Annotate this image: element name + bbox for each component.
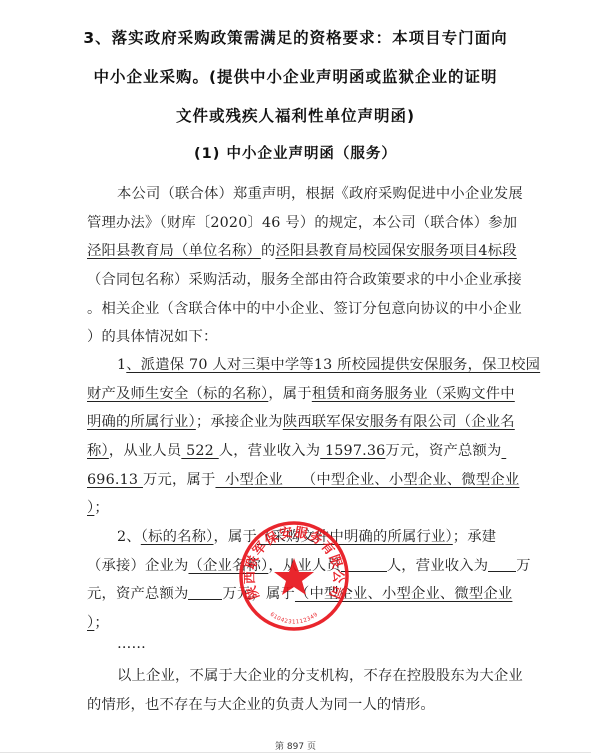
text: 的 [261, 243, 276, 259]
assets-blank [188, 585, 222, 600]
intro-line-1: 本公司（联合体）郑重声明，根据《政府采购促进中小企业发展 [117, 183, 523, 203]
company-seal-stamp: 陕西联军保安服务有限公司 6104231112349 [238, 520, 350, 632]
subject-name: 、派遣保 70 人对三渠中学等13 所校园提供安保服务，保卫校园 [126, 357, 540, 373]
text: 元，资产总额为 [87, 586, 188, 602]
text: ； [94, 500, 109, 516]
ellipsis: …… [117, 636, 146, 652]
assets-value: 696.13 [87, 472, 143, 488]
enterprise-name: 陕西联军保安服务有限公司（企业名 [283, 414, 515, 430]
item-number: 2、 [117, 529, 141, 545]
item2-line-4: ）； [87, 612, 109, 632]
item1-line-6: ）； [87, 497, 109, 517]
purchaser-name: 泾阳县教育局（单位名称） [87, 243, 261, 259]
intro-line-6: ）的具体情况如下： [87, 326, 217, 346]
enterprise-name-cont: 称） [87, 443, 109, 459]
item1-line-3: 明确的所属行业）；承接企业为陕西联军保安服务有限公司（企业名 [87, 411, 515, 431]
revenue-blank [488, 557, 516, 572]
page-bottom-divider [0, 752, 591, 753]
text: ，属于 [268, 386, 312, 402]
contract-package-name: 泾阳县教育局校园保安服务项目4标段 [275, 243, 516, 259]
intro-line-4: （合同包名称）采购活动，服务全部由符合政策要求的中小企业承接 [87, 269, 522, 289]
item-number: 1 [117, 357, 126, 373]
text: 人，营业收入为 [387, 558, 488, 574]
item1-line-1: 1、派遣保 70 人对三渠中学等13 所校园提供安保服务，保卫校园 [117, 354, 540, 374]
item1-line-4: 称），从业人员 522 人，营业收入为 1597.36万元，资产总额为 [87, 440, 506, 460]
intro-line-2: 管理办法》（财库〔2020〕46 号）的规定，本公司（联合体）参加 [87, 212, 517, 232]
section-heading-line-2: 中小企业采购。(提供中小企业声明函或监狱企业的证明 [0, 65, 591, 87]
text: ，从业人员 [109, 443, 181, 459]
text: ； [94, 615, 109, 631]
closing-line-1: 以上企业，不属于大企业的分支机构，不存在控股股东为大企业 [117, 665, 523, 685]
section-heading-line-3: 文件或残疾人福利性单位声明函) [0, 104, 591, 126]
revenue-value: 1597.36 [320, 443, 385, 459]
subject-name-cont: 财产及师生安全（标的名称） [87, 386, 268, 402]
subject-name-blank: （标的名称） [141, 529, 214, 545]
text: 万元，资产总额为 [385, 443, 501, 459]
svg-text:6104231112349: 6104231112349 [269, 612, 320, 626]
item1-line-2: 财产及师生安全（标的名称），属于租赁和商务服务业（采购文件中 [87, 383, 515, 403]
closing-line-2: 的情形，也不存在与大企业的负责人为同一人的情形。 [87, 694, 435, 714]
star-icon [274, 558, 314, 595]
text: 万元，属于 [143, 472, 215, 488]
page-number: 第 897 页 [0, 739, 591, 752]
text: ；承建 [453, 529, 497, 545]
industry-cont: 明确的所属行业） [87, 414, 196, 430]
employee-count: 522 [181, 443, 218, 459]
text: 万 [516, 558, 531, 574]
assets-blank-start [501, 443, 506, 459]
item1-line-5: 696.13 万元，属于 小型企业 （中型企业、小型企业、微型企业 [87, 469, 519, 489]
text: ；承接企业为 [196, 414, 283, 430]
declaration-subtitle: (1) 中小企业声明函（服务） [0, 142, 591, 163]
document-page: 3、落实政府采购政策需满足的资格要求：本项目专门面向 中小企业采购。(提供中小企… [0, 0, 591, 755]
industry: 租赁和商务服务业（采购文件中 [312, 386, 515, 402]
text: （承接）企业为 [87, 558, 188, 574]
intro-line-3: 泾阳县教育局（单位名称）的泾阳县教育局校园保安服务项目4标段 [87, 240, 517, 260]
text: 人，营业收入为 [219, 443, 320, 459]
section-heading-line-1: 3、落实政府采购政策需满足的资格要求：本项目专门面向 [0, 26, 591, 48]
enterprise-size: 小型企业 （中型企业、小型企业、微型企业 [215, 472, 519, 488]
intro-line-5: 。相关企业（含联合体中的中小企业、签订分包意向协议的中小企业 [87, 298, 522, 318]
